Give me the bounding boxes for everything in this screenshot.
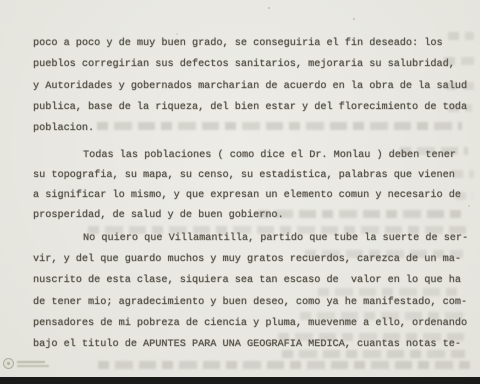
document-line: publica, base de la riqueza, del bien es… xyxy=(33,97,474,118)
document-line: a significar lo mismo, y que expresan un… xyxy=(33,186,474,206)
document-line: vir, y del que guardo muchos y muy grato… xyxy=(33,249,474,270)
document-line: pensadores de mi pobreza de ciencia y pl… xyxy=(33,313,474,334)
document-line: su topografia, su mapa, su censo, su est… xyxy=(33,166,474,186)
bleedthrough-text xyxy=(98,361,470,369)
typewritten-text-block: poco a poco y de muy buen grado, se cons… xyxy=(33,33,474,355)
paragraph: poco a poco y de muy buen grado, se cons… xyxy=(33,33,474,139)
document-line: bajo el titulo de APUNTES PARA UNA GEOGR… xyxy=(33,334,474,355)
archive-watermark-logo xyxy=(3,358,49,369)
document-line: Todas las poblaciones ( como dice el Dr.… xyxy=(33,146,474,166)
scanned-document-page: poco a poco y de muy buen grado, se cons… xyxy=(0,0,480,384)
document-line: poblacion. xyxy=(33,118,474,139)
document-line: nuscrito de esta clase, siquiera sea tan… xyxy=(33,270,474,291)
scan-edge-bar xyxy=(0,377,480,384)
document-line: pueblos corregirian sus defectos sanitar… xyxy=(33,54,474,75)
document-line: prosperidad, de salud y de buen gobierno… xyxy=(33,206,474,226)
document-line: de tener mio; agradecimiento y buen dese… xyxy=(33,292,474,313)
paragraph: No quiero que Villamantilla, partido que… xyxy=(33,228,474,356)
document-line: No quiero que Villamantilla, partido que… xyxy=(33,228,474,249)
document-line: y Autoridades y gobernados marcharian de… xyxy=(33,76,474,97)
watermark-text-lines xyxy=(17,361,49,367)
circular-stamp-icon xyxy=(3,358,14,369)
paper-speckles xyxy=(0,0,2,2)
document-line: poco a poco y de muy buen grado, se cons… xyxy=(33,33,474,54)
paragraph: Todas las poblaciones ( como dice el Dr.… xyxy=(33,146,474,225)
